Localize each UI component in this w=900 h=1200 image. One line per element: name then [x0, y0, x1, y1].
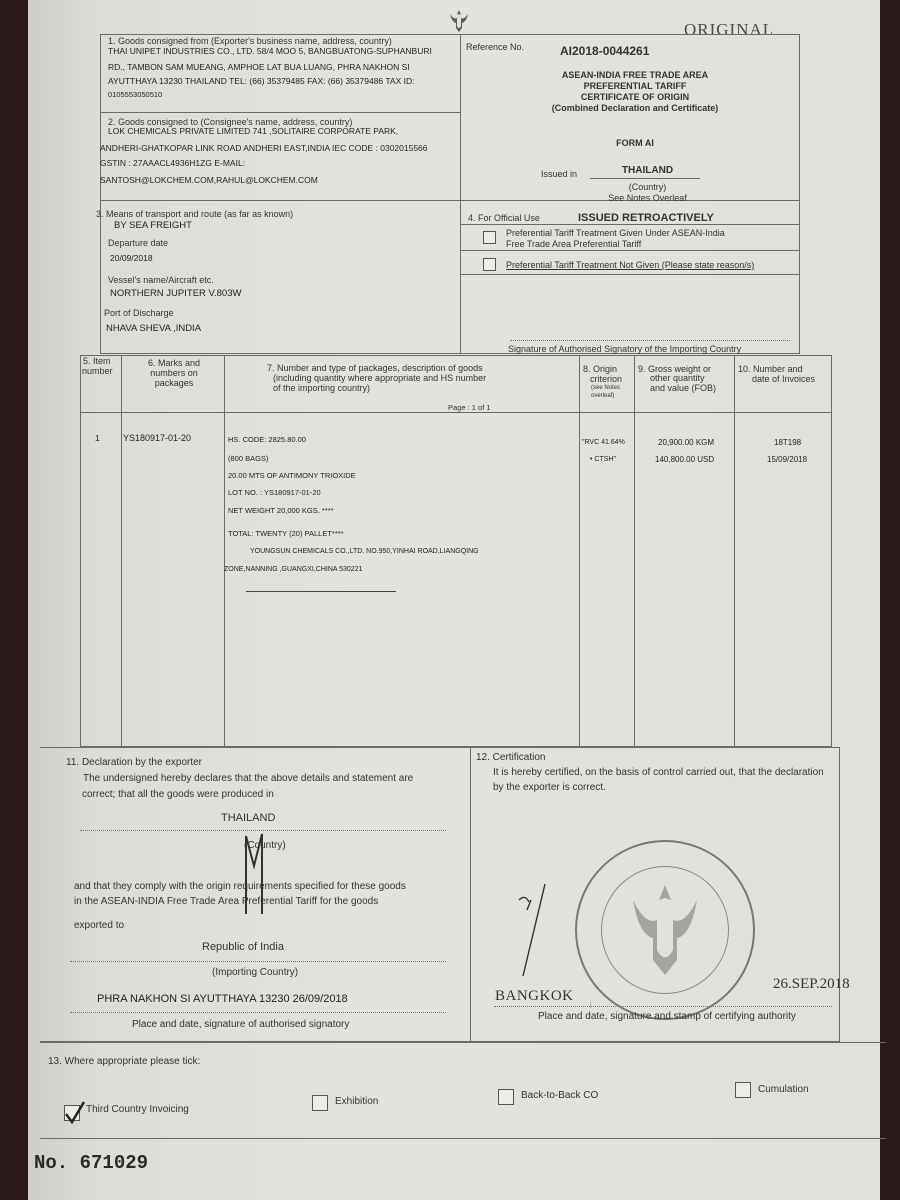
form-name: FORM AI: [590, 138, 680, 149]
cell-gross-weight: 20,900.00 KGM: [658, 438, 714, 448]
cell-description: TOTAL: TWENTY (20) PALLET****: [228, 529, 344, 539]
checkmark-icon: [62, 1100, 86, 1124]
notes-caption: See Notes Overleaf: [580, 193, 715, 204]
box4-label: 4. For Official Use: [468, 213, 540, 224]
cell-invoice-date: 15/09/2018: [767, 455, 807, 465]
page-indicator: Page : 1 of 1: [448, 402, 491, 413]
importing-signature-caption: Signature of Authorised Signatory of the…: [508, 344, 741, 355]
option-label: Third Country Invoicing: [86, 1104, 189, 1115]
port-of-discharge: NHAVA SHEVA ,INDIA: [106, 324, 201, 334]
comply-text: exported to: [74, 920, 124, 931]
certification-place: BANGKOK: [495, 988, 574, 1005]
consignee-line: ANDHERI-GHATKOPAR LINK ROAD ANDHERI EAST…: [100, 143, 428, 153]
official-stamp: [575, 840, 755, 1020]
exporter-line: RD., TAMBON SAM MUEANG, AMPHOE LAT BUA L…: [108, 62, 410, 72]
comply-text: and that they comply with the origin req…: [74, 881, 406, 892]
declaration-place-date: PHRA NAKHON SI AYUTTHAYA 13230 26/09/201…: [97, 993, 348, 1006]
cell-description: ZONE,NANNING ,GUANGXI,CHINA 530221: [224, 565, 362, 575]
checkbox-treatment-given[interactable]: [483, 231, 496, 244]
departure-date: 20/09/2018: [110, 253, 153, 263]
certification-text: by the exporter is correct.: [493, 782, 606, 793]
header-item: number: [82, 366, 113, 377]
header-weight: and value (FOB): [650, 383, 716, 394]
option-label: Back-to-Back CO: [521, 1090, 598, 1101]
option-label: Exhibition: [335, 1096, 378, 1107]
declaration-text: The undersigned hereby declares that the…: [83, 773, 413, 784]
certification-date: 26.SEP.2018: [773, 976, 850, 993]
box12-label: 12. Certification: [476, 752, 545, 763]
cell-origin-criterion: • CTSH": [590, 455, 616, 465]
checkbox-exhibition[interactable]: [312, 1095, 328, 1111]
importing-caption: (Importing Country): [212, 967, 298, 978]
reference-number: AI2018-0044261: [560, 44, 649, 58]
cell-description: NET WEIGHT 20,000 KGS. ****: [228, 506, 334, 516]
header-origin-note: overleaf): [591, 393, 614, 400]
cell-invoice-number: 18T198: [774, 438, 801, 448]
checkbox-treatment-not-given[interactable]: [483, 258, 496, 271]
produced-in-country: THAILAND: [221, 813, 275, 824]
exporter-line: AYUTTHAYA 13230 THAILAND TEL: (66) 35379…: [108, 76, 414, 86]
header-marks: packages: [128, 378, 220, 389]
declaration-caption: Place and date, signature of authorised …: [132, 1019, 349, 1030]
cell-marks: YS180917-01-20: [123, 433, 191, 443]
header-invoice: date of Invoices: [752, 374, 815, 385]
cell-item-number: 1: [95, 433, 100, 443]
garuda-stamp-icon: [625, 880, 705, 980]
certification-caption: Place and date, signature and stamp of c…: [538, 1011, 796, 1022]
exporter-line: THAI UNIPET INDUSTRIES CO., LTD. 58/4 MO…: [108, 46, 432, 56]
box3-label: 3. Means of transport and route (as far …: [96, 209, 293, 220]
box11-label: 11. Declaration by the exporter: [66, 757, 202, 768]
treatment-given-label: Free Trade Area Preferential Tariff: [506, 239, 641, 250]
cell-description: YOUNGSUN CHEMICALS CO.,LTD. NO.950,YINHA…: [250, 547, 479, 557]
cell-description: (800 BAGS): [228, 454, 268, 464]
issued-retroactively: ISSUED RETROACTIVELY: [578, 213, 714, 224]
comply-text: in the ASEAN-INDIA Free Trade Area Prefe…: [74, 896, 378, 907]
cell-description: 20.00 MTS OF ANTIMONY TRIOXIDE: [228, 471, 356, 481]
importing-country: Republic of India: [202, 942, 284, 953]
consignee-line: LOK CHEMICALS PRIVATE LIMITED 741 ,SOLIT…: [108, 126, 398, 136]
exporter-line: 0105553050510: [108, 90, 162, 100]
country-caption: (Country): [590, 182, 705, 193]
garuda-emblem-icon: [446, 8, 472, 34]
certification-text: It is hereby certified, on the basis of …: [493, 767, 824, 778]
box13-label: 13. Where appropriate please tick:: [48, 1056, 200, 1067]
cell-fob-value: 140,800.00 USD: [655, 455, 714, 465]
consignee-line: SANTOSH@LOKCHEM.COM,RAHUL@LOKCHEM.COM: [100, 175, 318, 185]
cell-origin-criterion: "RVC 41.64%: [582, 438, 625, 448]
header-origin: criterion: [590, 374, 622, 385]
cell-description: LOT NO. : YS180917-01-20: [228, 488, 321, 498]
treatment-given-label: Preferential Tariff Treatment Given Unde…: [506, 228, 725, 239]
declaration-text: correct; that all the goods were produce…: [82, 789, 274, 800]
header-description: of the importing country): [273, 383, 370, 394]
transport-mode: BY SEA FREIGHT: [114, 221, 192, 231]
issued-in-label: Issued in: [541, 169, 577, 180]
reference-label: Reference No.: [466, 42, 524, 53]
cell-description: HS. CODE: 2825.80.00: [228, 435, 306, 445]
checkbox-back-to-back[interactable]: [498, 1089, 514, 1105]
departure-label: Departure date: [108, 238, 168, 249]
treatment-not-given-label: Preferential Tariff Treatment Not Given …: [506, 260, 754, 271]
issued-in-country: THAILAND: [590, 165, 705, 176]
certifier-signature-icon: [515, 880, 555, 980]
vessel-label: Vessel's name/Aircraft etc.: [108, 275, 214, 286]
port-label: Port of Discharge: [104, 308, 174, 319]
vessel-name: NORTHERN JUPITER V.803W: [110, 289, 241, 299]
serial-number: No. 671029: [34, 1152, 148, 1174]
option-label: Cumulation: [758, 1084, 809, 1095]
checkbox-cumulation[interactable]: [735, 1082, 751, 1098]
header-origin-note: (see Notes: [591, 385, 620, 392]
consignee-line: GSTIN : 27AAACL4936H1ZG E-mail:: [100, 158, 245, 168]
